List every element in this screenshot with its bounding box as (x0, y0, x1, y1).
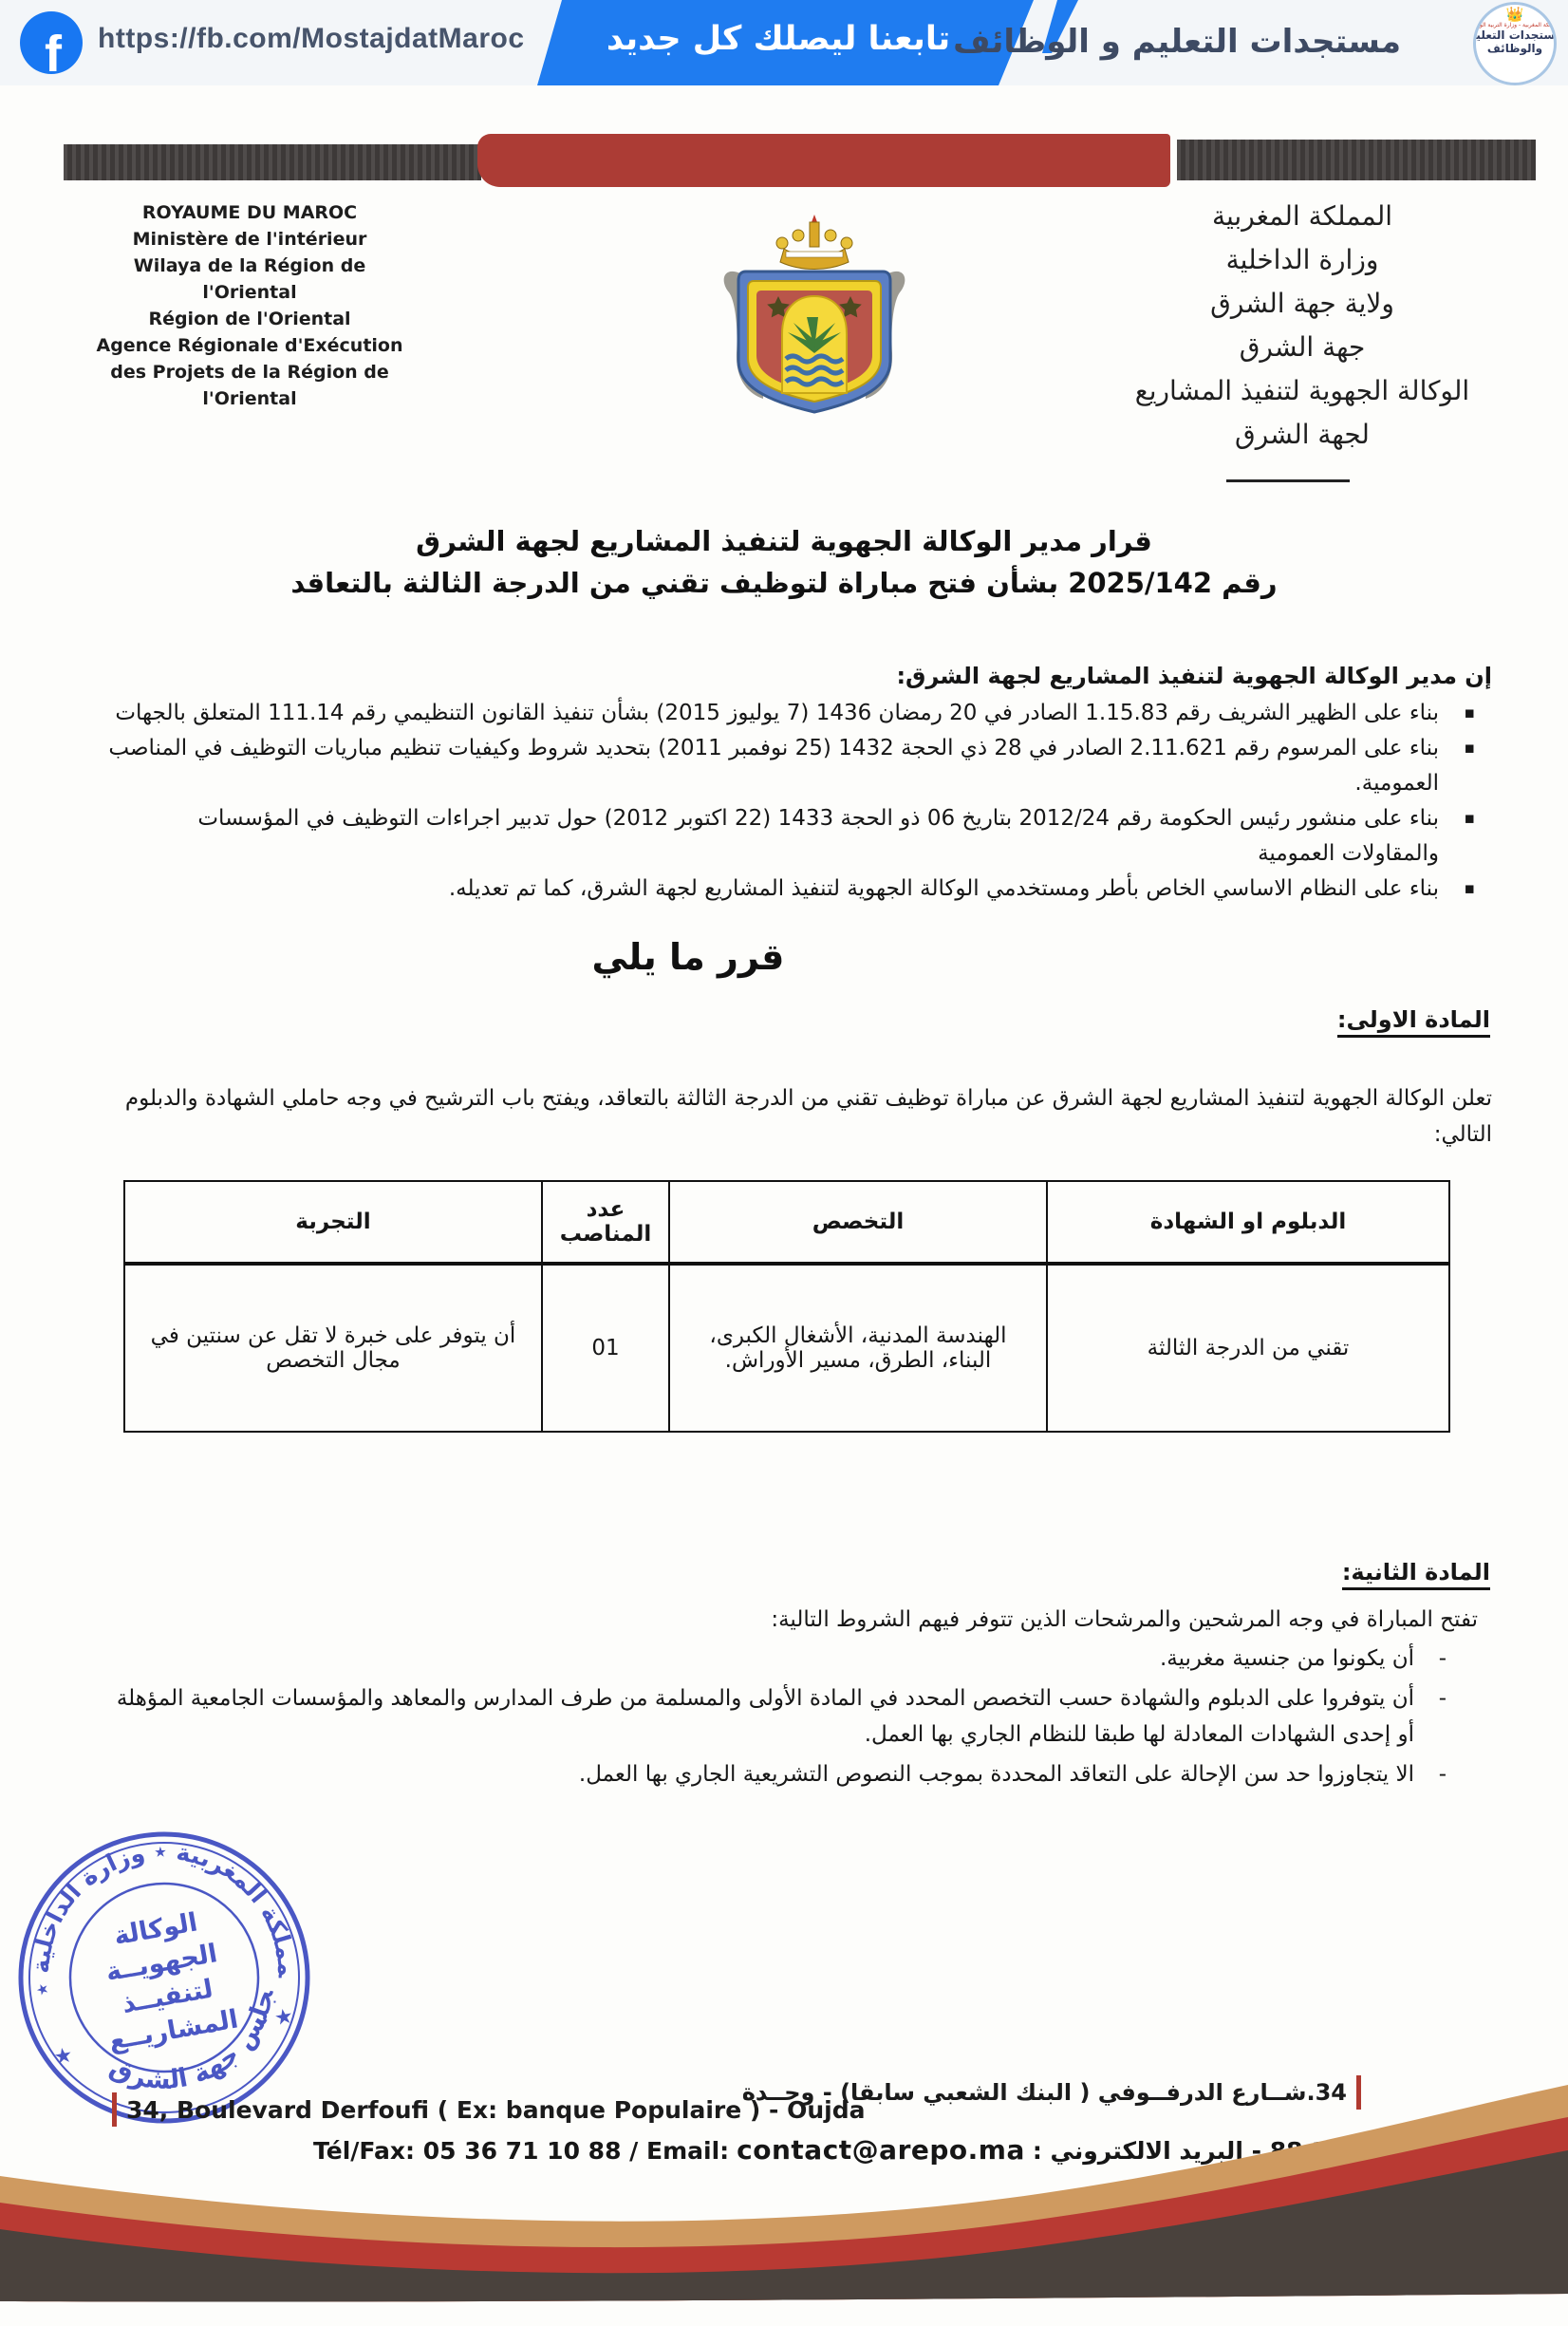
preamble-intro: إن مدير الوكالة الجهوية لتنفيذ المشاريع … (100, 659, 1492, 694)
letterhead-french: ROYAUME DU MAROC Ministère de l'intérieu… (84, 199, 416, 412)
conditions-list: -أن يكونوا من جنسية مغربية. -أن يتوفروا … (104, 1641, 1447, 1796)
letterhead-ar-line: ولاية جهة الشرق (1093, 282, 1511, 326)
crown-icon (776, 215, 852, 270)
letterhead-divider (1226, 479, 1350, 482)
letterhead-fr-line: Ministère de l'intérieur (84, 226, 416, 253)
considerations-list: ▪بناء على الظهير الشريف رقم 1.15.83 الصا… (100, 696, 1492, 907)
facebook-f-glyph: f (45, 28, 62, 74)
scan-bar-red (477, 134, 1170, 187)
decision-title: قرار مدير الوكالة الجهوية لتنفيذ المشاري… (190, 520, 1378, 604)
letterhead-ar-line: جهة الشرق (1093, 326, 1511, 369)
social-header: f https://fb.com/MostajdatMaroc تابعنا ل… (0, 0, 1568, 85)
scan-bar-dark-left (64, 144, 481, 180)
decree-heading: قرر ما يلي (100, 936, 1277, 978)
consideration-item: ▪بناء على المرسوم رقم 2.11.621 الصادر في… (100, 731, 1454, 801)
decision-title-line1: قرار مدير الوكالة الجهوية لتنفيذ المشاري… (190, 520, 1378, 562)
vacancy-table: الدبلوم او الشهادة التخصص عدد المناصب ال… (123, 1180, 1450, 1433)
letterhead-ar-line: وزارة الداخلية (1093, 238, 1511, 282)
letterhead-fr-line: Agence Régionale d'Exécution (84, 332, 416, 359)
letterhead-ar-line: لجهة الشرق (1093, 413, 1511, 457)
letterhead-ar-line: المملكة المغربية (1093, 195, 1511, 238)
facebook-icon[interactable]: f (20, 11, 83, 74)
cell-positions: 01 (542, 1264, 669, 1432)
consideration-item: ▪بناء على الظهير الشريف رقم 1.15.83 الصا… (100, 696, 1454, 731)
facebook-page-name: مستجدات التعليم و الوظائف (953, 23, 1401, 61)
article1-body: تعلن الوكالة الجهوية لتنفيذ المشاريع لجه… (95, 1080, 1492, 1153)
col-header-speciality: التخصص (669, 1181, 1047, 1264)
letterhead-fr-line: Région de l'Oriental (84, 306, 416, 332)
footer-wave-decoration (0, 2070, 1568, 2307)
col-header-positions: عدد المناصب (542, 1181, 669, 1264)
col-header-diploma: الدبلوم او الشهادة (1047, 1181, 1449, 1264)
square-bullet-icon: ▪ (1464, 801, 1475, 836)
page-logo-badge[interactable]: 👑 المملكة المغربية - وزارة التربية الوطن… (1473, 2, 1557, 85)
cell-experience: أن يتوفر على خبرة لا تقل عن سنتين في مجا… (124, 1264, 542, 1432)
article1-heading: المادة الاولى: (1337, 1006, 1490, 1038)
cell-speciality: الهندسة المدنية، الأشغال الكبرى، البناء،… (669, 1264, 1047, 1432)
square-bullet-icon: ▪ (1464, 696, 1475, 731)
logo-title-line1: مستجدات التعليم (1473, 28, 1557, 42)
table-header-row: الدبلوم او الشهادة التخصص عدد المناصب ال… (124, 1181, 1449, 1264)
square-bullet-icon: ▪ (1464, 872, 1475, 907)
logo-title-line2: والوظائف (1487, 42, 1542, 55)
facebook-url-link[interactable]: https://fb.com/MostajdatMaroc (98, 23, 525, 55)
scan-bar-dark-right (1177, 140, 1536, 180)
mini-emblem-icon: 👑 (1506, 7, 1524, 22)
dash-bullet: - (1439, 1641, 1447, 1677)
col-header-experience: التجربة (124, 1181, 542, 1264)
letterhead-fr-line: ROYAUME DU MAROC (84, 199, 416, 226)
logo-tiny-text: المملكة المغربية - وزارة التربية الوطنية (1473, 22, 1557, 28)
stamp-star-icon: ★ (272, 2004, 295, 2031)
condition-item: -أن يكونوا من جنسية مغربية. (104, 1641, 1447, 1677)
table-row: تقني من الدرجة الثالثة الهندسة المدنية، … (124, 1264, 1449, 1432)
consideration-item: ▪بناء على منشور رئيس الحكومة رقم 2012/24… (100, 801, 1454, 872)
letterhead-fr-line: des Projets de la Région de l'Oriental (84, 359, 416, 412)
dash-bullet: - (1439, 1756, 1447, 1792)
article2-heading: المادة الثانية: (1342, 1559, 1490, 1590)
letterhead-ar-line: الوكالة الجهوية لتنفيذ المشاريع (1093, 369, 1511, 413)
coat-of-arms-icon (714, 211, 915, 429)
condition-item: -أن يتوفروا على الدبلوم والشهادة حسب الت… (104, 1680, 1447, 1753)
dash-bullet: - (1439, 1680, 1447, 1716)
stamp-star-icon: ★ (52, 2043, 75, 2070)
letterhead-arabic: المملكة المغربية وزارة الداخلية ولاية جه… (1093, 195, 1511, 457)
condition-item: -الا يتجاوزوا حد سن الإحالة على التعاقد … (104, 1756, 1447, 1792)
scanned-announcement-page: f https://fb.com/MostajdatMaroc تابعنا ل… (0, 0, 1568, 2326)
decision-preamble: إن مدير الوكالة الجهوية لتنفيذ المشاريع … (100, 659, 1492, 907)
banner-slogan: تابعنا ليصلك كل جديد (569, 20, 987, 58)
consideration-item: ▪بناء على النظام الاساسي الخاص بأطر ومست… (100, 872, 1454, 907)
cell-diploma: تقني من الدرجة الثالثة (1047, 1264, 1449, 1432)
letterhead-fr-line: Wilaya de la Région de l'Oriental (84, 253, 416, 306)
square-bullet-icon: ▪ (1464, 731, 1475, 766)
decision-title-line2: رقم 2025/142 بشأن فتح مباراة لتوظيف تقني… (190, 562, 1378, 604)
article2-intro: تفتح المباراة في وجه المرشحين والمرشحات … (104, 1603, 1478, 1637)
